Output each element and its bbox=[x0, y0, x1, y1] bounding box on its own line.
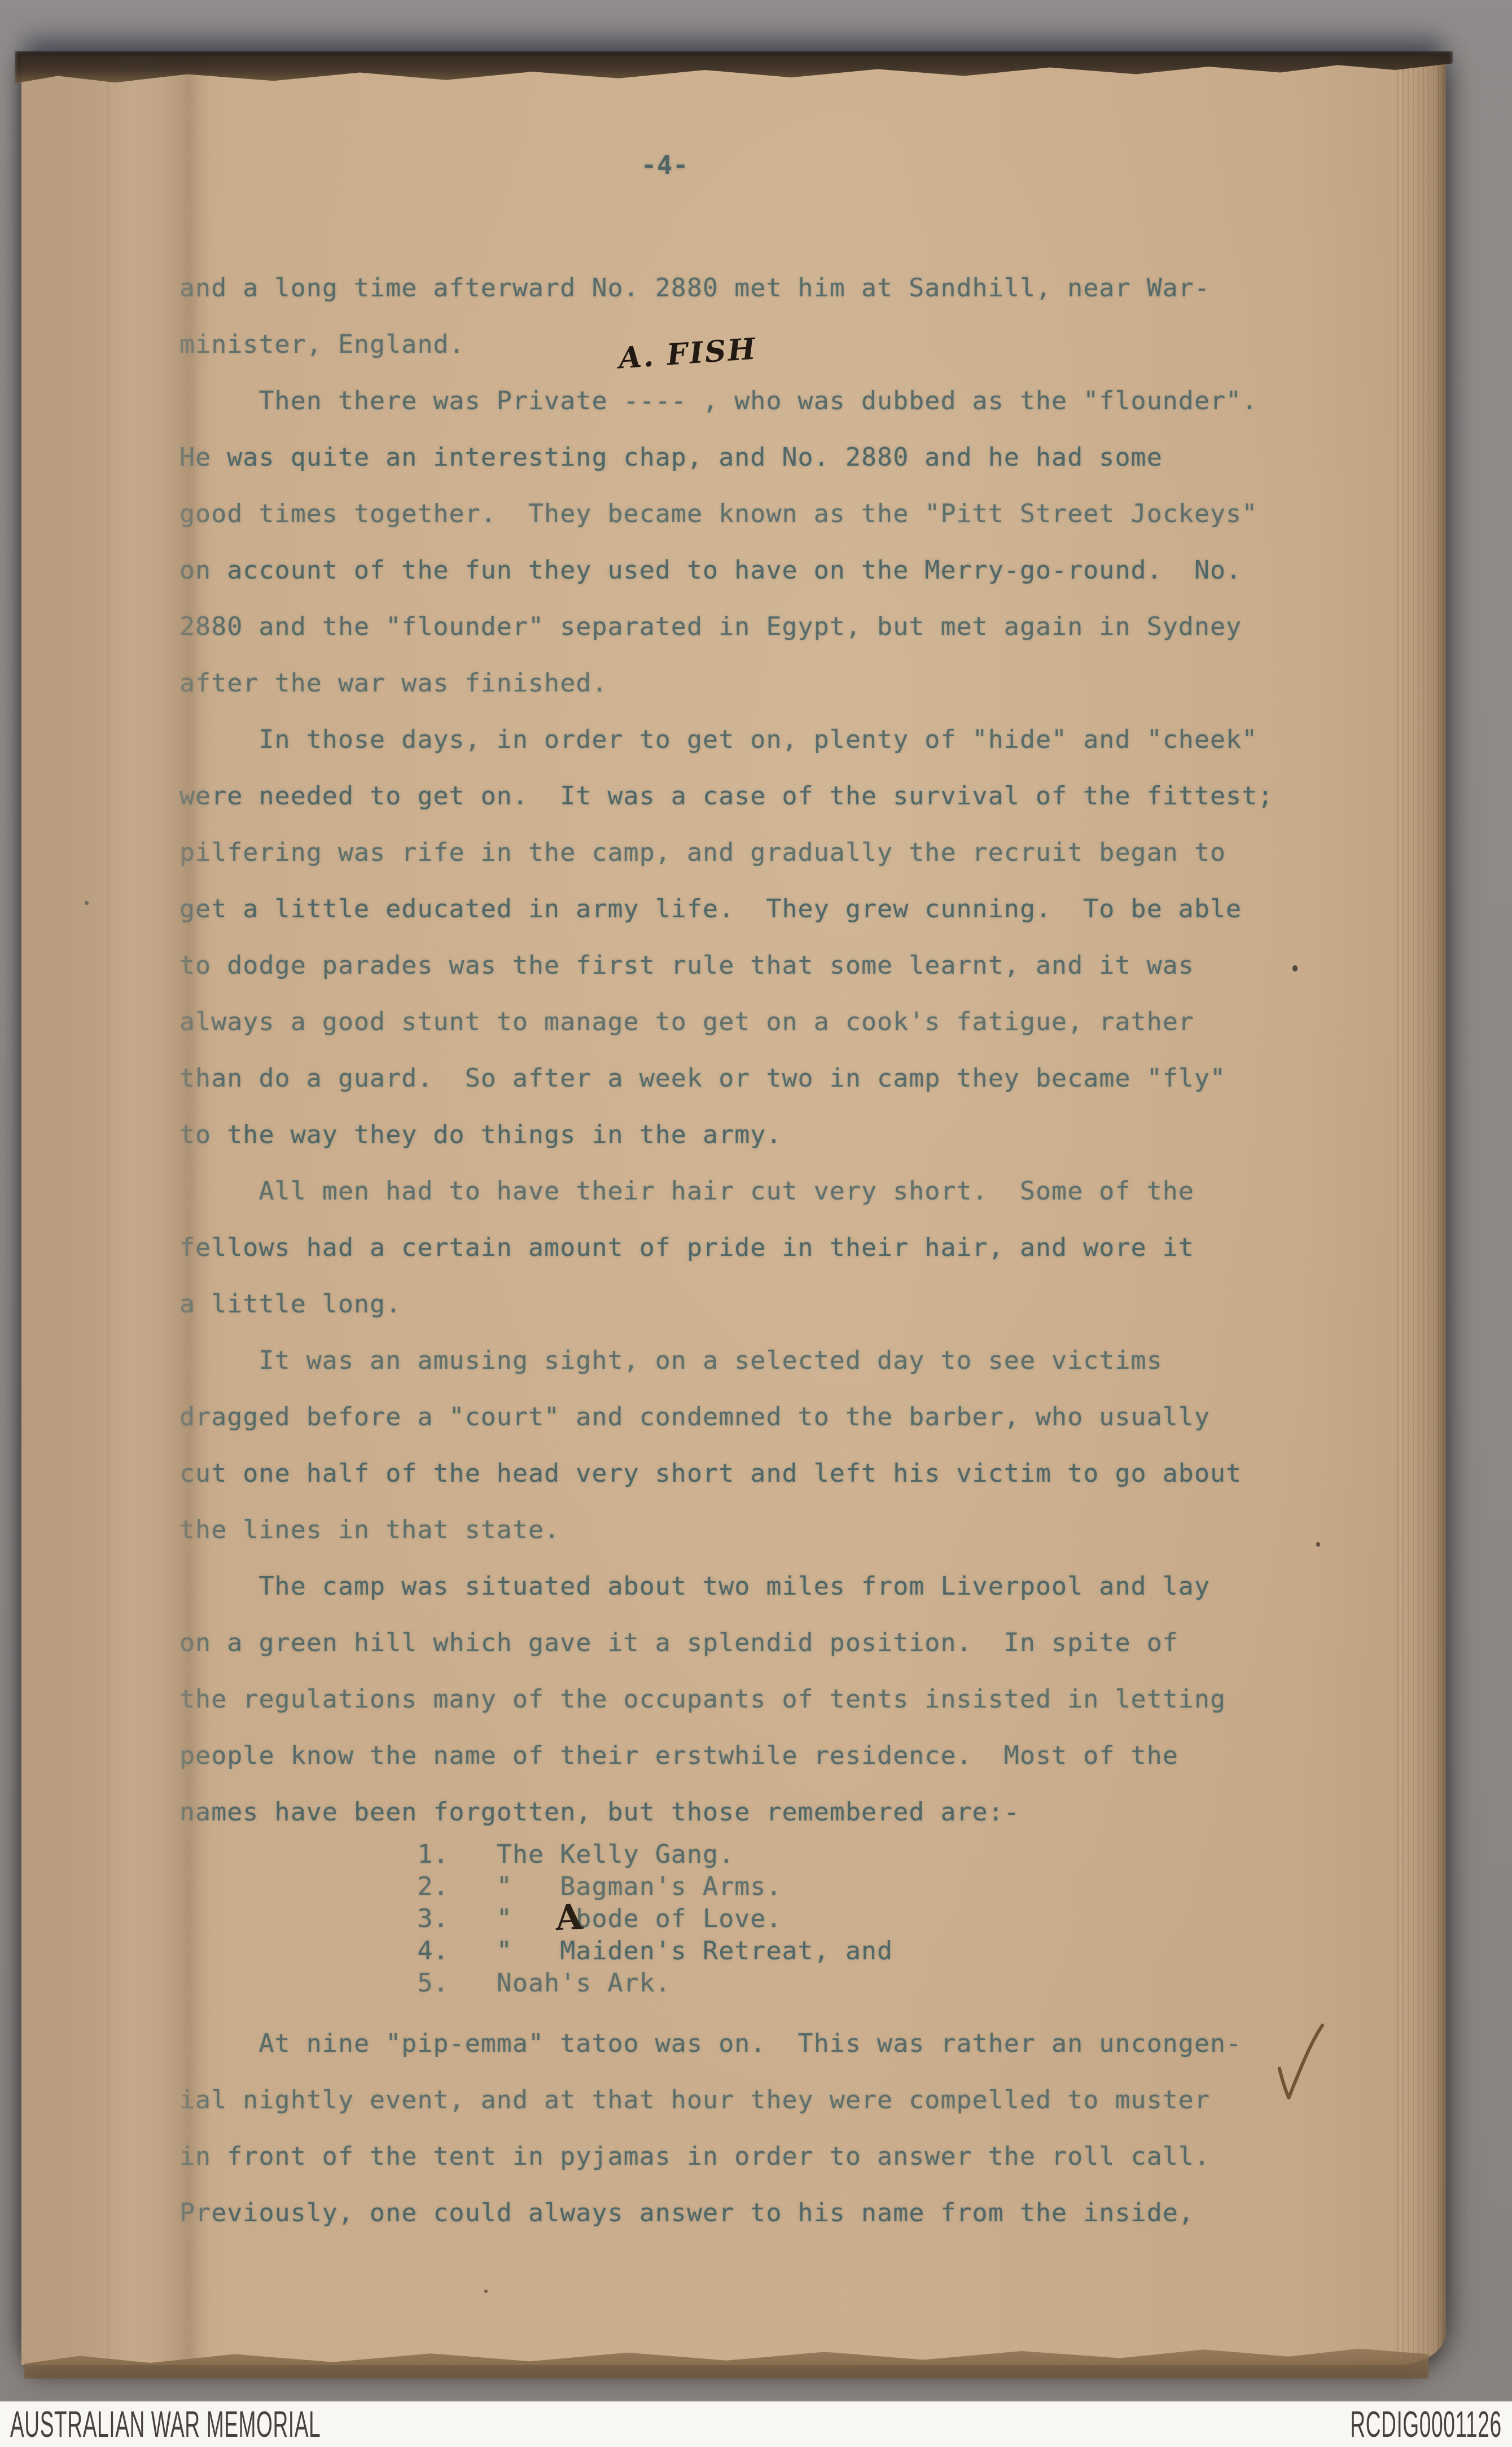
typed-line: and a long time afterward No. 2880 met h… bbox=[179, 260, 1273, 316]
handwritten-letter-annotation: A bbox=[554, 1896, 584, 1938]
typed-line: dragged before a "court" and condemned t… bbox=[179, 1389, 1273, 1445]
tent-name-line: 2. " Bagman's Arms. bbox=[179, 1870, 893, 1902]
checkmark-icon bbox=[1271, 2016, 1327, 2109]
typed-line: 2880 and the "flounder" separated in Egy… bbox=[179, 598, 1273, 655]
typed-line: The camp was situated about two miles fr… bbox=[179, 1558, 1273, 1614]
typed-line: a little long. bbox=[179, 1276, 1273, 1332]
page-stack-right-edge bbox=[1397, 55, 1446, 2365]
page-top-burnt-edge bbox=[15, 51, 1453, 93]
typed-line: ial nightly event, and at that hour they… bbox=[179, 2072, 1242, 2128]
typed-line: good times together. They became known a… bbox=[179, 485, 1273, 542]
document-page: -4- and a long time afterward No. 2880 m… bbox=[21, 55, 1446, 2365]
tent-name-line: 1. The Kelly Gang. bbox=[179, 1838, 893, 1870]
typed-body-upper: and a long time afterward No. 2880 met h… bbox=[179, 260, 1273, 1840]
ink-speck bbox=[85, 901, 89, 905]
typed-line: Previously, one could always answer to h… bbox=[179, 2185, 1242, 2241]
typed-line: fellows had a certain amount of pride in… bbox=[179, 1219, 1273, 1276]
ink-speck bbox=[1316, 1542, 1320, 1547]
typed-line: on account of the fun they used to have … bbox=[179, 542, 1273, 598]
typed-line: Then there was Private ---- , who was du… bbox=[179, 373, 1273, 429]
tent-name-line: 4. " Maiden's Retreat, and bbox=[179, 1934, 893, 1967]
scan-background: -4- and a long time afterward No. 2880 m… bbox=[0, 0, 1512, 2447]
typed-line: names have been forgotten, but those rem… bbox=[179, 1784, 1273, 1840]
typed-line: always a good stunt to manage to get on … bbox=[179, 993, 1273, 1050]
typed-line: after the war was finished. bbox=[179, 655, 1273, 711]
typed-line: get a little educated in army life. They… bbox=[179, 881, 1273, 937]
typed-line: on a green hill which gave it a splendid… bbox=[179, 1614, 1273, 1671]
fold-crease-line bbox=[107, 55, 109, 2365]
typed-line: the lines in that state. bbox=[179, 1502, 1273, 1558]
typed-line: cut one half of the head very short and … bbox=[179, 1445, 1273, 1502]
typed-line: in front of the tent in pyjamas in order… bbox=[179, 2128, 1242, 2185]
footer-institution-label: AUSTRALIAN WAR MEMORIAL bbox=[10, 2404, 321, 2445]
tent-name-list: 1. The Kelly Gang. 2. " Bagman's Arms. 3… bbox=[179, 1838, 893, 1999]
typed-body-lower: At nine "pip-emma" tatoo was on. This wa… bbox=[179, 2015, 1242, 2241]
typed-line: It was an amusing sight, on a selected d… bbox=[179, 1332, 1273, 1389]
ink-speck bbox=[1292, 965, 1298, 971]
typed-line: were needed to get on. It was a case of … bbox=[179, 768, 1273, 824]
typed-line: to the way they do things in the army. bbox=[179, 1106, 1273, 1163]
digitisation-footer: AUSTRALIAN WAR MEMORIAL RCDIG0001126 bbox=[0, 2401, 1512, 2447]
ink-speck bbox=[484, 2290, 488, 2293]
typed-line: the regulations many of the occupants of… bbox=[179, 1671, 1273, 1727]
typed-line: All men had to have their hair cut very … bbox=[179, 1163, 1273, 1219]
typed-line: people know the name of their erstwhile … bbox=[179, 1727, 1273, 1784]
typed-line: to dodge parades was the first rule that… bbox=[179, 937, 1273, 993]
typed-line: In those days, in order to get on, plent… bbox=[179, 711, 1273, 768]
typed-line: At nine "pip-emma" tatoo was on. This wa… bbox=[179, 2015, 1242, 2072]
page-number: -4- bbox=[641, 150, 689, 180]
typed-line: than do a guard. So after a week or two … bbox=[179, 1050, 1273, 1106]
typed-line: pilfering was rife in the camp, and grad… bbox=[179, 824, 1273, 881]
footer-reference-id: RCDIG0001126 bbox=[1351, 2404, 1502, 2445]
page-bottom-ragged-edge bbox=[24, 2339, 1429, 2379]
tent-name-line: 5. Noah's Ark. bbox=[179, 1967, 893, 1999]
typed-line: He was quite an interesting chap, and No… bbox=[179, 429, 1273, 485]
tent-name-line: 3. " bode of Love. bbox=[179, 1902, 893, 1934]
